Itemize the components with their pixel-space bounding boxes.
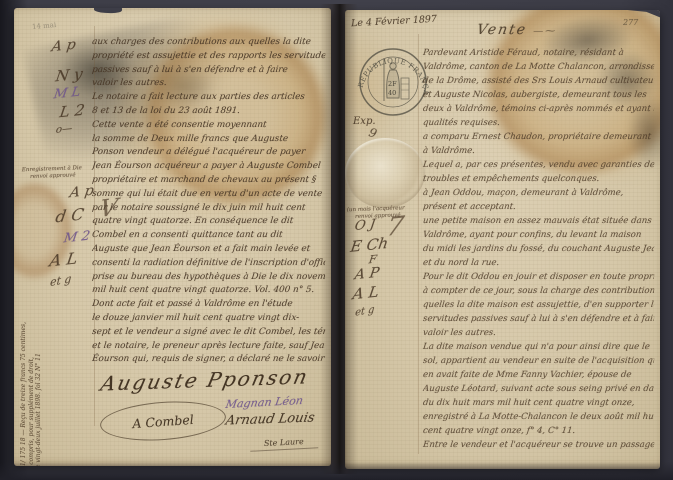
title-flourish: —⁓ [532, 26, 558, 37]
text-line: prise au bureau des hypothèques à Die le… [91, 271, 325, 285]
text-line: par le notaire soussigné le dix juin mil… [91, 202, 325, 216]
margin-initials: M 2 [63, 229, 91, 247]
text-line: valoir les autres. [91, 77, 325, 91]
deed-text-left: aux charges des contributions aux quelle… [92, 36, 325, 367]
text-line: à Jean Oddou, maçon, demeurant à Valdrôm… [422, 186, 654, 200]
renvoi-note: Enregistrement à Die renvoi approuvé [22, 165, 94, 182]
right-page: Le 4 Février 1897 Vente —⁓ 277 RÉPUBLIQU… [345, 10, 660, 469]
text-line: passives sauf à lui à s'en défendre et à… [91, 64, 325, 78]
text-line: une petite maison en assez mauvais état … [422, 214, 654, 228]
folio-number: 277 [623, 18, 638, 27]
text-line: Lequel a, par ces présentes, vendu avec … [422, 158, 654, 172]
text-line: présent et acceptant. [422, 200, 654, 214]
margin-initials: N y [54, 65, 83, 86]
deed-text-right: Pardevant Aristide Féraud, notaire, rési… [423, 46, 654, 452]
text-line: Jean Éourson acquéreur a payer à Auguste… [91, 160, 325, 174]
text-line: deux à Valdrôme, témoins ci-après nommés… [422, 102, 654, 116]
text-line: la somme de Deux mille francs que August… [91, 133, 325, 147]
text-line: du dix huit mars mil huit cent quatre vi… [422, 396, 654, 410]
margin-initials: o— [55, 123, 73, 136]
text-line: Cette vente a été consentie moyennant [91, 119, 325, 133]
text-line: servitudes passives sauf à lui à s'en dé… [422, 312, 654, 326]
signature-magnan: Magnan Léon [225, 394, 304, 411]
margin-initials: A p [51, 37, 77, 55]
text-line: Ponson vendeur a délégué l'acquéreur de … [91, 146, 325, 160]
text-line: Auguste que Jean Éourson et a fait main … [91, 243, 325, 257]
text-line: Entre le vendeur et l'acquéreur se trouv… [422, 438, 654, 452]
text-line: à Valdrôme. [422, 144, 654, 158]
signature-small: Ste Laure [250, 436, 318, 452]
text-line: Le notaire a fait lecture aux parties de… [91, 91, 325, 105]
margin-initials: A L [48, 249, 79, 271]
pencil-note: 14 mai [32, 21, 57, 31]
stamp-denomination-cents: 40 [388, 89, 396, 97]
text-line: a comparu Ernest Chaudon, propriétaire d… [422, 130, 654, 144]
text-line: et Auguste Nicolas, aubergiste, demeuran… [422, 88, 654, 102]
text-line: Combel en a consenti quittance tant au d… [91, 229, 325, 243]
text-line: propriétaire et marchand de chevaux au p… [91, 174, 325, 188]
text-line: enregistré à La Motte-Chalancon le deux … [422, 410, 654, 424]
text-line: Dont acte fait et passé à Valdrôme en l'… [91, 298, 325, 312]
text-line: Valdrôme, ayant pour confins, du levant … [422, 228, 654, 242]
text-line: propriété est assujettie et des rapports… [91, 50, 325, 64]
margin-initials: et g [50, 272, 72, 289]
text-line: Valdrôme, canton de La Motte Chalancon, … [422, 60, 654, 74]
text-line: en avait faite de Mme Fanny Vachier, épo… [422, 368, 654, 382]
text-line: 8 et 13 de la loi du 23 août 1891. [91, 105, 325, 119]
text-line: et du nord la rue. [422, 256, 654, 270]
registration-receipt-note: 11/ 175 18 — Reçu de treize francs 75 ce… [20, 284, 43, 466]
signature-vendor: Auguste Pponson [99, 364, 312, 395]
text-line: consenti la radiation définitive de l'in… [91, 257, 325, 271]
text-line: Auguste Léotard, suivant acte sous seing… [422, 382, 654, 396]
margin-initials: d C [54, 205, 85, 227]
paper-tear-notch [94, 8, 122, 13]
text-line: sept et le vendeur a signé avec le dit C… [91, 326, 325, 340]
text-line: le douze janvier mil huit cent quatre vi… [91, 312, 325, 326]
margin-initials: M L [53, 85, 82, 103]
text-line: du midi les jardins du fossé, du couchan… [422, 242, 654, 256]
text-line: mil huit cent quatre vingt quatorze. Vol… [91, 284, 325, 298]
text-line: cent quatre vingt onze, f° 4, C° 11. [422, 424, 654, 438]
text-line: troubles et empêchements quelconques. [422, 172, 654, 186]
signature-witness: Arnaud Louis [224, 410, 315, 428]
text-line: qualités requises. [422, 116, 654, 130]
stamp-denomination: 2F [388, 80, 397, 88]
text-line: Pour le dit Oddou en jouir et disposer e… [422, 270, 654, 284]
text-line: somme qui lui était due en vertu d'un ac… [91, 188, 325, 202]
page-title: Vente —⁓ [476, 22, 559, 38]
margin-rule [418, 34, 419, 454]
text-line: Pardevant Aristide Féraud, notaire, rési… [422, 46, 654, 60]
date-header: Le 4 Février 1897 [351, 14, 437, 29]
text-line: La dite maison vendue qui n'a pour ainsi… [422, 340, 654, 354]
text-line: et le notaire, le preneur après lecture … [91, 340, 325, 354]
margin-initials: L 2 [58, 101, 85, 121]
text-line: aux charges des contributions aux quelle… [91, 36, 325, 50]
binding-gutter-shadow [320, 4, 358, 474]
text-line: valoir les autres. [422, 326, 654, 340]
text-line: à compter de ce jour, sous la charge des… [422, 284, 654, 298]
text-line: quatre vingt quatorze. En conséquence le… [91, 215, 325, 229]
text-line: quelles la dite maison est assujettie, d… [422, 298, 654, 312]
scanned-manuscript-photo: 14 mai A p N y M L L 2 o— Enregistrement… [0, 0, 673, 480]
text-line: sol, appartient au vendeur en suite de l… [422, 354, 654, 368]
text-line: de la Drôme, assisté des Srs Louis Arnau… [422, 74, 654, 88]
signature-notary-flourish: A Combel [99, 398, 227, 445]
left-page: 14 mai A p N y M L L 2 o— Enregistrement… [14, 8, 331, 466]
